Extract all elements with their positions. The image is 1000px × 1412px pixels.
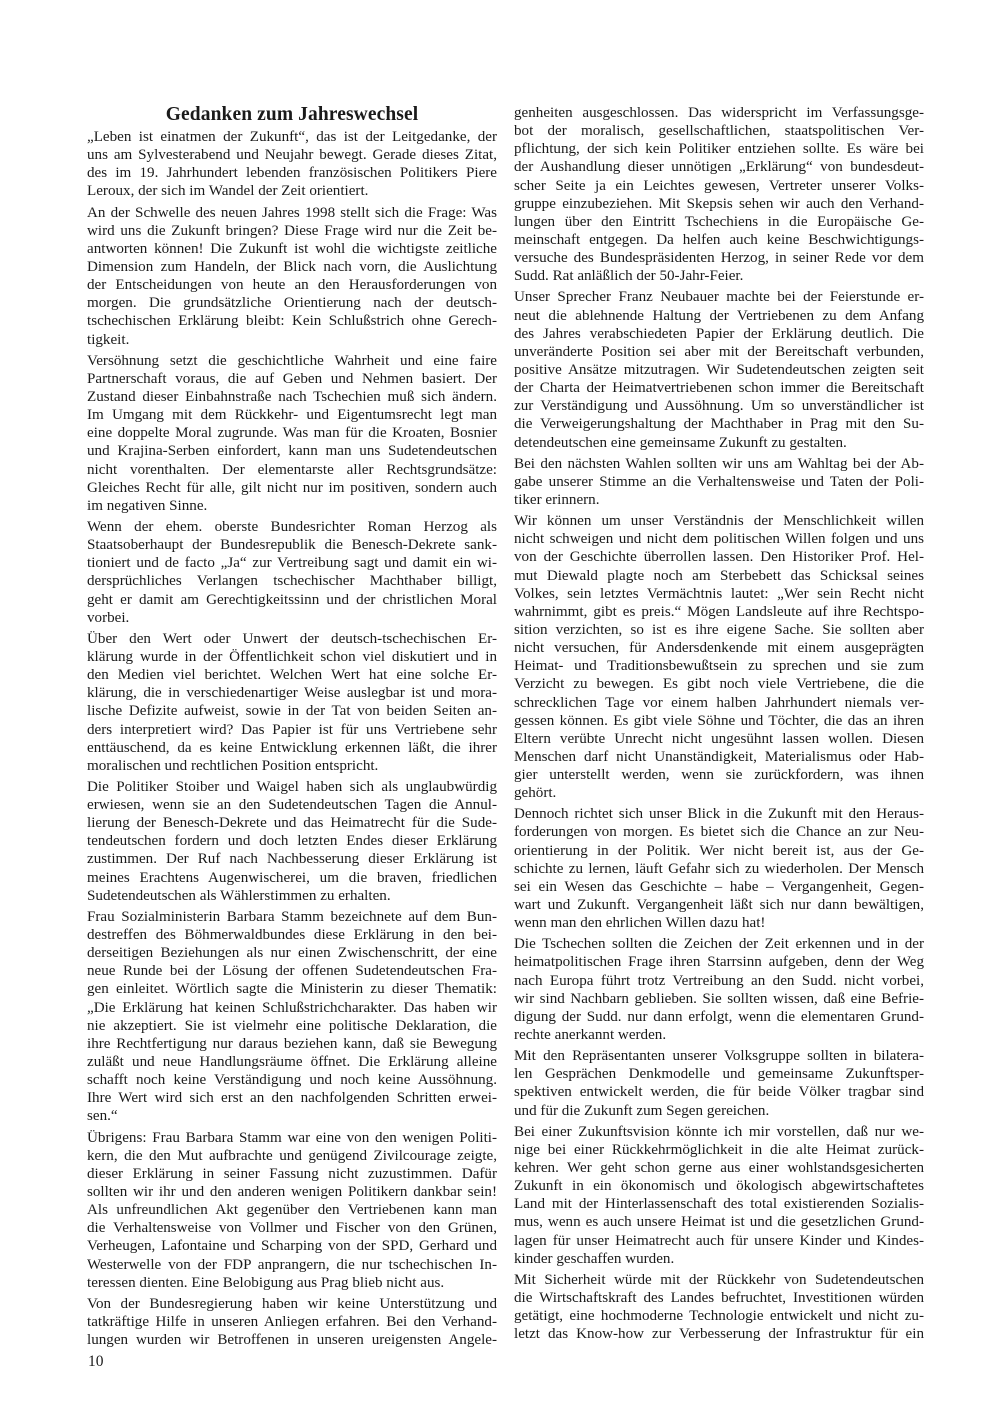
text-line: tatkräftige Hilfe in unseren Anliegen er… xyxy=(87,1313,497,1331)
text-line: neut die ablehnende Haltung der Vertrieb… xyxy=(514,307,924,325)
paragraph: Die Politiker Stoiber und Waigel haben s… xyxy=(87,778,497,905)
text-line: von der Geschichte überrollen lassen. De… xyxy=(514,548,924,566)
text-line: geht er damit am Gerechtigkeitssinn und … xyxy=(87,591,497,609)
text-line: Frau Sozialministerin Barbara Stamm beze… xyxy=(87,908,497,926)
text-line: kehren. Wer geht schon gerne aus einer w… xyxy=(514,1159,924,1177)
text-line: An der Schwelle des neuen Jahres 1998 st… xyxy=(87,204,497,222)
text-line: den Medien viel berichtet. Welchen Wert … xyxy=(87,666,497,684)
text-line: getätigt, eine hochmoderne Technologie e… xyxy=(514,1307,924,1325)
paragraph: Bei einer Zukunftsvision könnte ich mir … xyxy=(514,1123,924,1268)
text-line: „Leben ist einatmen der Zukunft“, das is… xyxy=(87,128,497,146)
text-line: nach Europa führt trotz Vertreibung an d… xyxy=(514,972,924,990)
paragraph: „Leben ist einatmen der Zukunft“, das is… xyxy=(87,128,497,201)
text-line: wart und Zukunft. Vergangenheit läßt sic… xyxy=(514,896,924,914)
text-line: Sudd. Rat anläßlich der 50-Jahr-Feier. xyxy=(514,267,924,285)
text-line: letzt das Know-how zur Verbesserung der … xyxy=(514,1325,924,1343)
text-line: gruppe einzubeziehen. Mit Skepsis sehen … xyxy=(514,195,924,213)
text-line: zuläßt und neue Handlungsräume öffnet. D… xyxy=(87,1053,497,1071)
text-line: mut Diewald plagte noch am Sterbebett da… xyxy=(514,567,924,585)
text-line: Heimat- und Traditionsbewußtsein zu spre… xyxy=(514,657,924,675)
text-line: gessen können. Es gibt viele Söhne und T… xyxy=(514,712,924,730)
text-line: len Gesprächen Denkmodelle und gemeinsam… xyxy=(514,1065,924,1083)
text-line: sen.“ xyxy=(87,1107,497,1125)
text-line: destreffen des Böhmerwaldbundes diese Er… xyxy=(87,926,497,944)
text-line: orientierung in der Politik. Wer nicht b… xyxy=(514,842,924,860)
text-line: Über den Wert oder Unwert der deutsch-ts… xyxy=(87,630,497,648)
text-line: uns am Sylvesterabend und Neujahr bewegt… xyxy=(87,146,497,164)
text-line: wahrnimmt, gibt es preis.“ Mögen Landsle… xyxy=(514,603,924,621)
text-line: und für die Zukunft zum Segen gereichen. xyxy=(514,1102,924,1120)
text-line: Sudetendeutschen als Wählerstimmen zu er… xyxy=(87,887,497,905)
text-line: klärung wurde in der Öffentlichkeit scho… xyxy=(87,648,497,666)
text-line: Zukunft in ein ökonomisch und ökologisch… xyxy=(514,1177,924,1195)
text-line: Zustand dieser Einbahnstraße nach Tschec… xyxy=(87,388,497,406)
text-line: rechte anerkannt werden. xyxy=(514,1026,924,1044)
text-line: im negativen Sinne. xyxy=(87,497,497,515)
text-line: erwiesen, wenn sie an den Sudetendeutsch… xyxy=(87,796,497,814)
text-line: antworten können! Die Zukunft ist wohl d… xyxy=(87,240,497,258)
text-line: Von der Bundesregierung haben wir keine … xyxy=(87,1295,497,1313)
text-line: Ihre Wert wird sich erst an den nachfolg… xyxy=(87,1089,497,1107)
text-line: eine doppelte Moral zugrunde. Was man fü… xyxy=(87,424,497,442)
text-line: Gleiches Recht für alle, gilt nicht nur … xyxy=(87,479,497,497)
text-line: nie akzeptiert. Sie ist vielmehr eine po… xyxy=(87,1017,497,1035)
text-line: morgen. Die grundsätzliche Orientierung … xyxy=(87,294,497,312)
text-line: Dimension zum Handeln, der Blick nach vo… xyxy=(87,258,497,276)
text-line: positive Ansätze mitzutragen. Wir Sudete… xyxy=(514,361,924,379)
paragraph: Die Tschechen sollten die Zeichen der Ze… xyxy=(514,935,924,1044)
paragraph: An der Schwelle des neuen Jahres 1998 st… xyxy=(87,204,497,349)
text-line: forderungen von morgen. Es bietet sich d… xyxy=(514,823,924,841)
text-line: Mit Sicherheit würde mit der Rückkehr vo… xyxy=(514,1271,924,1289)
paragraph: Frau Sozialministerin Barbara Stamm beze… xyxy=(87,908,497,1126)
text-line: tioniert und de facto „Ja“ zur Vertreibu… xyxy=(87,554,497,572)
paragraph: Übrigens: Frau Barbara Stamm war eine vo… xyxy=(87,1129,497,1292)
text-line: zur Verständigung und Aussöhnung. Um so … xyxy=(514,397,924,415)
text-line: „Die Erklärung hat keinen Schlußstrichch… xyxy=(87,999,497,1017)
text-line: teressen dienten. Eine Belobigung aus Pr… xyxy=(87,1274,497,1292)
right-column: genheiten ausgeschlossen. Das widerspric… xyxy=(514,104,924,1346)
text-line: ders interpretiert wird? Das Papier ist … xyxy=(87,721,497,739)
paragraph: Unser Sprecher Franz Neubauer machte bei… xyxy=(514,288,924,451)
text-line: versuche des Bundespräsidenten Herzog, i… xyxy=(514,249,924,267)
text-line: wenn man den ehrlichen Willen dazu hat! xyxy=(514,914,924,932)
text-line: Unser Sprecher Franz Neubauer machte bei… xyxy=(514,288,924,306)
text-line: dieser Erklärung in seiner Fassung nicht… xyxy=(87,1165,497,1183)
text-line: scher Seite ja ein Leichtes gewesen, Ver… xyxy=(514,177,924,195)
text-line: Bei einer Zukunftsvision könnte ich mir … xyxy=(514,1123,924,1141)
text-line: Partnerschaft voraus, die auf Geben und … xyxy=(87,370,497,388)
paragraph: Von der Bundesregierung haben wir keine … xyxy=(87,1295,497,1349)
text-line: nicht versuchen, für Andersdenkende mit … xyxy=(514,639,924,657)
text-line: tigkeit. xyxy=(87,331,497,349)
text-line: Eltern verübte Unrecht nicht ungesühnt l… xyxy=(514,730,924,748)
paragraph: Versöhnung setzt die geschichtliche Wahr… xyxy=(87,352,497,515)
text-line: kern, die den Mut aufbrachte und genügen… xyxy=(87,1147,497,1165)
text-line: Die Tschechen sollten die Zeichen der Ze… xyxy=(514,935,924,953)
text-line: lungen wurden wir Betroffenen in unseren… xyxy=(87,1331,497,1349)
text-line: Land mit der Hinterlassenschaft des tota… xyxy=(514,1195,924,1213)
text-line: Staatsoberhaupt der Bundesrepublik die B… xyxy=(87,536,497,554)
paragraph: Mit den Repräsentanten unserer Volksgrup… xyxy=(514,1047,924,1120)
text-line: enttäuschend, da es keine Entwicklung er… xyxy=(87,739,497,757)
paragraph: Mit Sicherheit würde mit der Rückkehr vo… xyxy=(514,1271,924,1344)
text-line: gen einleitet. Wörtlich sagte die Minist… xyxy=(87,980,497,998)
text-line: dersprüchliches Verlangen tschechischer … xyxy=(87,572,497,590)
text-line: Die Politiker Stoiber und Waigel haben s… xyxy=(87,778,497,796)
text-line: lische Defizite aufweist, sowie in der T… xyxy=(87,702,497,720)
text-line: meinschaft entgegen. Da helfen auch kein… xyxy=(514,231,924,249)
text-line: Verzicht zu bewegen. Es gibt noch viele … xyxy=(514,675,924,693)
text-line: neue Runde bei der Lösung der offenen Su… xyxy=(87,962,497,980)
text-line: genheiten ausgeschlossen. Das widerspric… xyxy=(514,104,924,122)
document-page: Gedanken zum Jahreswechsel „Leben ist ei… xyxy=(0,0,1000,1412)
text-line: sition verzichten, so ist es ihre eigene… xyxy=(514,621,924,639)
text-line: lagen für unser Heimatrecht auch für uns… xyxy=(514,1232,924,1250)
text-line: pflichtung, der sich kein Politiker entz… xyxy=(514,140,924,158)
text-line: tendeutschen fordern und doch letzten En… xyxy=(87,832,497,850)
text-line: die Verweigerungshaltung der Machthaber … xyxy=(514,415,924,433)
text-line: tiker erinnern. xyxy=(514,491,924,509)
text-line: gehört. xyxy=(514,784,924,802)
text-line: Wir können um unser Verständnis der Mens… xyxy=(514,512,924,530)
text-line: Leroux, der sich im Wandel der Zeit orie… xyxy=(87,182,497,200)
text-line: Im Umgang mit dem Rückkehr- und Eigentum… xyxy=(87,406,497,424)
text-line: heimatpolitischen Frage ihren Starrsinn … xyxy=(514,953,924,971)
text-line: tschechischen Erklärung bleibt: Kein Sch… xyxy=(87,312,497,330)
text-line: vorbei. xyxy=(87,609,497,627)
text-line: nige bei einer Rückkehrmöglichkeit in di… xyxy=(514,1141,924,1159)
article-title: Gedanken zum Jahreswechsel xyxy=(87,103,497,127)
paragraph: Wir können um unser Verständnis der Mens… xyxy=(514,512,924,802)
text-line: Volkes, sein letztes Vermächtnis lautet:… xyxy=(514,585,924,603)
text-line: nicht schweigen und nicht dem politische… xyxy=(514,530,924,548)
text-line: unveränderte Position sei aber mit der B… xyxy=(514,343,924,361)
text-line: die Verhaltensweise von Vollmer und Fisc… xyxy=(87,1219,497,1237)
text-line: Wenn der ehem. oberste Bundesrichter Rom… xyxy=(87,518,497,536)
text-line: derseitigen Beziehungen als nur einen Zw… xyxy=(87,944,497,962)
text-line: Versöhnung setzt die geschichtliche Wahr… xyxy=(87,352,497,370)
text-line: meines Erachtens Augenwischerei, um die … xyxy=(87,869,497,887)
text-line: klärung, die in verschiedenartiger Weise… xyxy=(87,684,497,702)
text-line: Verheugen, Lafontaine und Scharping von … xyxy=(87,1237,497,1255)
text-line: spektiven entwickelt werden, die für bei… xyxy=(514,1083,924,1101)
text-line: wir sind Nachbarn geblieben. Sie sollten… xyxy=(514,990,924,1008)
text-line: der Aushandlung dieser unnötigen „Erklär… xyxy=(514,158,924,176)
paragraph: Bei den nächsten Wahlen sollten wir uns … xyxy=(514,455,924,509)
text-line: gier unterstellt werden, wenn sie zurück… xyxy=(514,766,924,784)
paragraph: Über den Wert oder Unwert der deutsch-ts… xyxy=(87,630,497,775)
text-line: Mit den Repräsentanten unserer Volksgrup… xyxy=(514,1047,924,1065)
text-line: digung der Sudd. nur dann erfolgt, wenn … xyxy=(514,1008,924,1026)
text-line: nicht vorenthalten. Der elementarste all… xyxy=(87,461,497,479)
text-line: lungen über den Eintritt Tschechiens in … xyxy=(514,213,924,231)
text-line: Übrigens: Frau Barbara Stamm war eine vo… xyxy=(87,1129,497,1147)
text-line: des im 19. Jahrhundert lebenden französi… xyxy=(87,164,497,182)
text-line: ihre Rechtfertigung nur daraus beziehen … xyxy=(87,1035,497,1053)
text-line: schrecklichen Tage vor einem halben Jahr… xyxy=(514,694,924,712)
text-line: die Wirtschaftskraft des Landes befrucht… xyxy=(514,1289,924,1307)
text-line: schafft noch keine Verständigung und noc… xyxy=(87,1071,497,1089)
text-line: Bei den nächsten Wahlen sollten wir uns … xyxy=(514,455,924,473)
text-line: der Entscheidungen von heute an den Hera… xyxy=(87,276,497,294)
text-line: Als unfreundlichen Akt gegenüber den Ver… xyxy=(87,1201,497,1219)
text-line: der Charta der Heimatvertriebenen schon … xyxy=(514,379,924,397)
left-column: Gedanken zum Jahreswechsel „Leben ist ei… xyxy=(87,103,497,1352)
text-line: schichte zu lernen, läuft Gefahr sich zu… xyxy=(514,860,924,878)
text-line: des Jahres verabschiedeten Papier der Er… xyxy=(514,325,924,343)
text-line: bot der moralisch, gesellschaftlichen, s… xyxy=(514,122,924,140)
text-line: wird uns die Zukunft bringen? Diese Frag… xyxy=(87,222,497,240)
text-line: und Krajina-Serben einfordert, kann man … xyxy=(87,442,497,460)
paragraph: Dennoch richtet sich unser Blick in die … xyxy=(514,805,924,932)
text-line: gabe unserer Stimme an die Verhaltenswei… xyxy=(514,473,924,491)
page-number: 10 xyxy=(88,1353,104,1371)
right-column-body: genheiten ausgeschlossen. Das widerspric… xyxy=(514,104,924,1343)
text-line: sollten wir ihr und den anderen wenigen … xyxy=(87,1183,497,1201)
text-line: Menschen darf nicht Unanständigkeit, Mat… xyxy=(514,748,924,766)
text-line: Westerwelle von der FDP anprangern, die … xyxy=(87,1256,497,1274)
text-line: zustimmen. Der Ruf nach Nachbesserung di… xyxy=(87,850,497,868)
text-line: detendeutschen eine gemeinsame Zukunft z… xyxy=(514,434,924,452)
text-line: lierung der Benesch-Dekrete und das Heim… xyxy=(87,814,497,832)
text-line: kinder geschaffen wurden. xyxy=(514,1250,924,1268)
text-line: moralischen und rechtlichen Position ent… xyxy=(87,757,497,775)
text-line: sei ein Wesen das Geschichte – habe – Ve… xyxy=(514,878,924,896)
left-column-body: „Leben ist einatmen der Zukunft“, das is… xyxy=(87,128,497,1349)
paragraph: Wenn der ehem. oberste Bundesrichter Rom… xyxy=(87,518,497,627)
text-line: Dennoch richtet sich unser Blick in die … xyxy=(514,805,924,823)
text-line: mus, wenn es auch unsere Heimat ist und … xyxy=(514,1213,924,1231)
paragraph: genheiten ausgeschlossen. Das widerspric… xyxy=(514,104,924,285)
